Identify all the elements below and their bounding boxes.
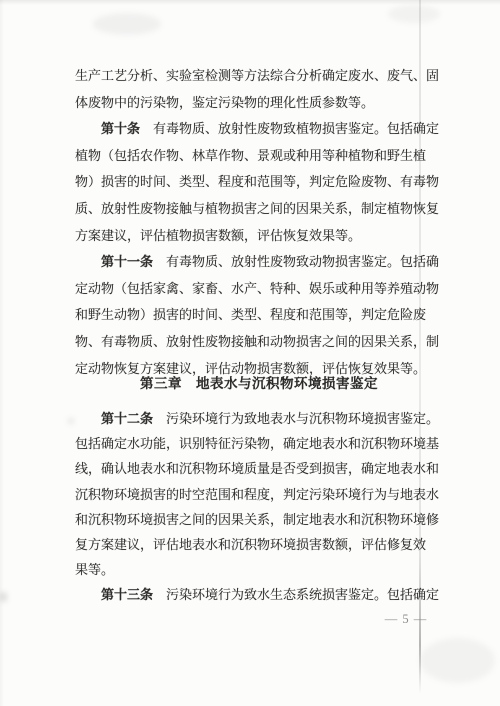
line-text: 和野生动物）损害的时间、类型、程度和范围等，判定危险废	[75, 307, 426, 322]
text-line: 方案建议，评估植物损害数额，评估恢复效果等。	[75, 223, 443, 250]
text-line: 第十三条 污染环境行为致水生态系统损害鉴定。包括确定	[75, 582, 443, 607]
line-text: 物）损害的时间、类型、程度和范围等，判定危险废物、有毒物	[75, 174, 439, 189]
chapter-heading: 第三章 地表水与沉积物环境损害鉴定	[75, 375, 443, 393]
text-line: 第十条 有毒物质、放射性废物致植物损害鉴定。包括确定	[75, 116, 443, 143]
text-line: 第十二条 污染环境行为致地表水与沉积物环境损害鉴定。	[75, 406, 443, 431]
line-text: 线，确认地表水和沉积物环境质量是否受到损害，确定地表水和	[75, 461, 439, 476]
page-number: — 5 —	[364, 612, 448, 627]
line-text: 物、有毒物质、放射性废物接触和动物损害之间的因果关系，制	[75, 334, 439, 349]
line-text: 生产工艺分析、实验室检测等方法综合分析确定废水、废气、固	[75, 68, 439, 83]
line-text: 植物（包括农作物、林草作物、景观或种用等种植物和野生植	[75, 148, 426, 163]
section-text-block: 第十二条 污染环境行为致地表水与沉积物环境损害鉴定。包括确定水功能，识别特征污染…	[75, 406, 443, 608]
line-text: 果等。	[75, 562, 114, 577]
line-text: 有毒物质、放射性废物致植物损害鉴定。包括确定	[140, 121, 439, 136]
text-line: 物）损害的时间、类型、程度和范围等，判定危险废物、有毒物	[75, 169, 443, 196]
text-line: 线，确认地表水和沉积物环境质量是否受到损害，确定地表水和	[75, 456, 443, 481]
article-number: 第十一条	[101, 254, 153, 269]
line-text: 质、放射性废物接触与植物损害之间的因果关系，制定植物恢复	[75, 201, 439, 216]
text-line: 沉积物环境损害的时空范围和程度，判定污染环境行为与地表水	[75, 482, 443, 507]
scan-smudge	[68, 418, 74, 424]
text-line: 体废物中的污染物，鉴定污染物的理化性质参数等。	[75, 90, 443, 117]
line-text: 定动物恢复方案建议，评估动物损害数额，评估恢复效果等。	[75, 361, 426, 376]
text-line: 和野生动物）损害的时间、类型、程度和范围等，判定危险废	[75, 302, 443, 329]
scan-smudge	[93, 13, 161, 35]
body-text-block: 生产工艺分析、实验室检测等方法综合分析确定废水、废气、固体废物中的污染物，鉴定污…	[75, 63, 443, 382]
text-line: 复方案建议，评估地表水和沉积物环境损害数额，评估修复效	[75, 532, 443, 557]
text-line: 果等。	[75, 557, 443, 582]
line-text: 定动物（包括家禽、家畜、水产、特种、娱乐或种用等养殖动物	[75, 281, 439, 296]
line-text: 沉积物环境损害的时空范围和程度，判定污染环境行为与地表水	[75, 487, 439, 502]
scan-smudge	[420, 638, 495, 683]
article-number: 第十三条	[101, 587, 153, 602]
line-text: 方案建议，评估植物损害数额，评估恢复效果等。	[75, 228, 361, 243]
scan-smudge	[0, 592, 7, 602]
text-line: 包括确定水功能，识别特征污染物，确定地表水和沉积物环境基	[75, 431, 443, 456]
line-text: 和沉积物环境损害之间的因果关系，制定地表水和沉积物环境修	[75, 512, 439, 527]
article-number: 第十二条	[101, 411, 153, 426]
text-line: 生产工艺分析、实验室检测等方法综合分析确定废水、废气、固	[75, 63, 443, 90]
line-text: 复方案建议，评估地表水和沉积物环境损害数额，评估修复效	[75, 537, 426, 552]
line-text: 污染环境行为致水生态系统损害鉴定。包括确定	[153, 587, 439, 602]
text-line: 和沉积物环境损害之间的因果关系，制定地表水和沉积物环境修	[75, 507, 443, 532]
line-text: 包括确定水功能，识别特征污染物，确定地表水和沉积物环境基	[75, 436, 439, 451]
line-text: 体废物中的污染物，鉴定污染物的理化性质参数等。	[75, 95, 374, 110]
text-line: 物、有毒物质、放射性废物接触和动物损害之间的因果关系，制	[75, 329, 443, 356]
text-line: 质、放射性废物接触与植物损害之间的因果关系，制定植物恢复	[75, 196, 443, 223]
line-text: 污染环境行为致地表水与沉积物环境损害鉴定。	[153, 411, 439, 426]
text-line: 植物（包括农作物、林草作物、景观或种用等种植物和野生植	[75, 143, 443, 170]
scanned-page: 生产工艺分析、实验室检测等方法综合分析确定废水、废气、固体废物中的污染物，鉴定污…	[0, 0, 500, 706]
text-line: 第十一条 有毒物质、放射性废物致动物损害鉴定。包括确	[75, 249, 443, 276]
line-text: 有毒物质、放射性废物致动物损害鉴定。包括确	[153, 254, 439, 269]
text-line: 定动物（包括家禽、家畜、水产、特种、娱乐或种用等养殖动物	[75, 276, 443, 303]
article-number: 第十条	[101, 121, 140, 136]
scan-smudge	[388, 5, 440, 23]
scan-edge-shadow-top	[0, 0, 500, 5]
